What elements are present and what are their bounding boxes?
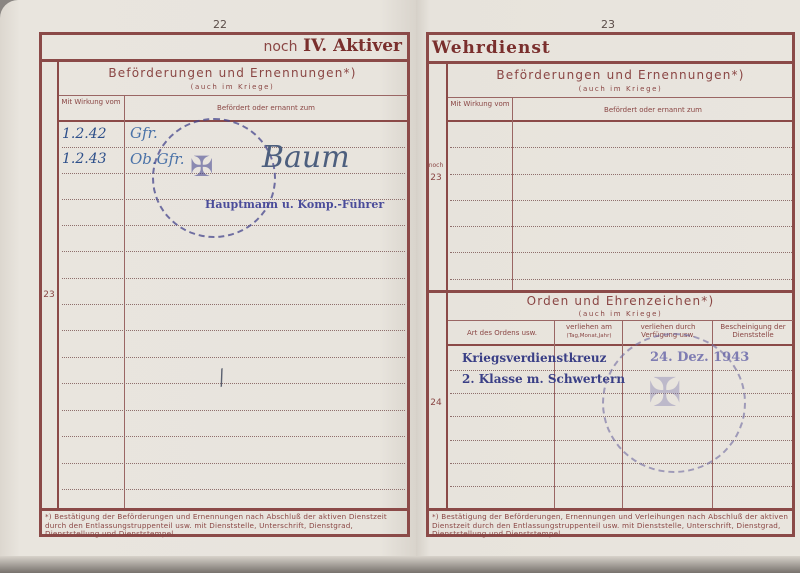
column-header-date-format: (Tag,Monat,Jahr) <box>556 332 622 340</box>
side-number: 23 <box>428 173 444 183</box>
section-divider <box>427 290 794 293</box>
header-title: IV. Aktiver <box>303 36 402 56</box>
row-line <box>62 489 405 490</box>
header-divider <box>40 59 409 62</box>
row-line <box>450 252 792 253</box>
row-line <box>62 357 405 358</box>
footnote: *) Bestätigung der Beförderungen, Ernenn… <box>432 513 790 539</box>
section-title: Beförderungen und Ernennungen*) <box>60 66 405 80</box>
divider <box>59 95 408 96</box>
section-title: Orden und Ehrenzeichen*) <box>448 294 793 308</box>
award-name-line1: Kriegsverdienstkreuz <box>462 351 606 365</box>
column-header-date: Mit Wirkung vom <box>449 100 511 108</box>
page-edge <box>0 556 800 573</box>
divider <box>448 320 793 321</box>
column-header-rank: Befördert oder ernannt zum <box>126 104 406 112</box>
column-divider <box>554 321 555 508</box>
eagle-emblem-icon: ✠ <box>648 370 682 416</box>
signature: Baum <box>262 140 350 175</box>
side-column-divider <box>57 61 59 509</box>
section-title: Beförderungen und Ernennungen*) <box>448 68 793 82</box>
row-line <box>62 251 405 252</box>
side-prefix: noch <box>428 162 444 169</box>
page-number: 23 <box>601 18 615 31</box>
row-line <box>450 174 792 175</box>
column-header-rank: Befördert oder ernannt zum <box>514 106 792 114</box>
row-line <box>62 436 405 437</box>
row-line <box>450 147 792 148</box>
column-header-date: verliehen am <box>556 323 622 331</box>
entry-rank: Gfr. <box>130 124 158 142</box>
row-line <box>450 463 792 464</box>
section-subtitle: (auch im Kriege) <box>60 83 405 91</box>
page-header: noch IV. Aktiver <box>42 36 402 56</box>
header-prefix: noch <box>263 39 297 55</box>
entry-date: 1.2.42 <box>62 126 107 142</box>
column-header-date: Mit Wirkung vom <box>60 98 122 106</box>
column-header-certification: Bescheinigung der Dienststelle <box>714 323 792 339</box>
side-number: 24 <box>428 398 444 408</box>
column-divider <box>512 98 513 290</box>
award-name-line2: 2. Klasse m. Schwertern <box>462 372 625 386</box>
entry-date: 1.2.43 <box>62 151 107 167</box>
row-line <box>450 200 792 201</box>
section-subtitle: (auch im Kriege) <box>448 310 793 318</box>
signature-title: Hauptmann u. Komp.-Führer <box>205 198 384 211</box>
page-header: Wehrdienst <box>432 38 551 58</box>
row-line <box>450 226 792 227</box>
row-line <box>62 304 405 305</box>
row-line <box>62 463 405 464</box>
page-number: 22 <box>213 18 227 31</box>
eagle-emblem-icon: ✠ <box>190 150 213 183</box>
row-line <box>62 410 405 411</box>
side-number: 23 <box>42 290 56 300</box>
divider <box>448 120 793 122</box>
divider <box>448 344 793 346</box>
column-header-award: Art des Ordens usw. <box>450 329 554 337</box>
footnote-divider <box>427 508 794 511</box>
section-subtitle: (auch im Kriege) <box>448 85 793 93</box>
row-line <box>62 330 405 331</box>
row-line <box>450 486 792 487</box>
footnote: *) Bestätigung der Beförderungen und Ern… <box>45 513 405 539</box>
divider <box>448 97 793 98</box>
side-column-divider <box>446 63 448 508</box>
header-divider <box>427 61 794 64</box>
row-line <box>62 383 405 384</box>
right-page: 23 Wehrdienst noch 23 24 Beförderungen u… <box>416 0 800 573</box>
row-line <box>62 278 405 279</box>
column-divider <box>124 96 125 508</box>
footnote-divider <box>40 508 409 511</box>
official-stamp <box>152 118 276 238</box>
row-line <box>450 279 792 280</box>
left-page: 22 noch IV. Aktiver 23 Beförderungen und… <box>0 0 416 573</box>
